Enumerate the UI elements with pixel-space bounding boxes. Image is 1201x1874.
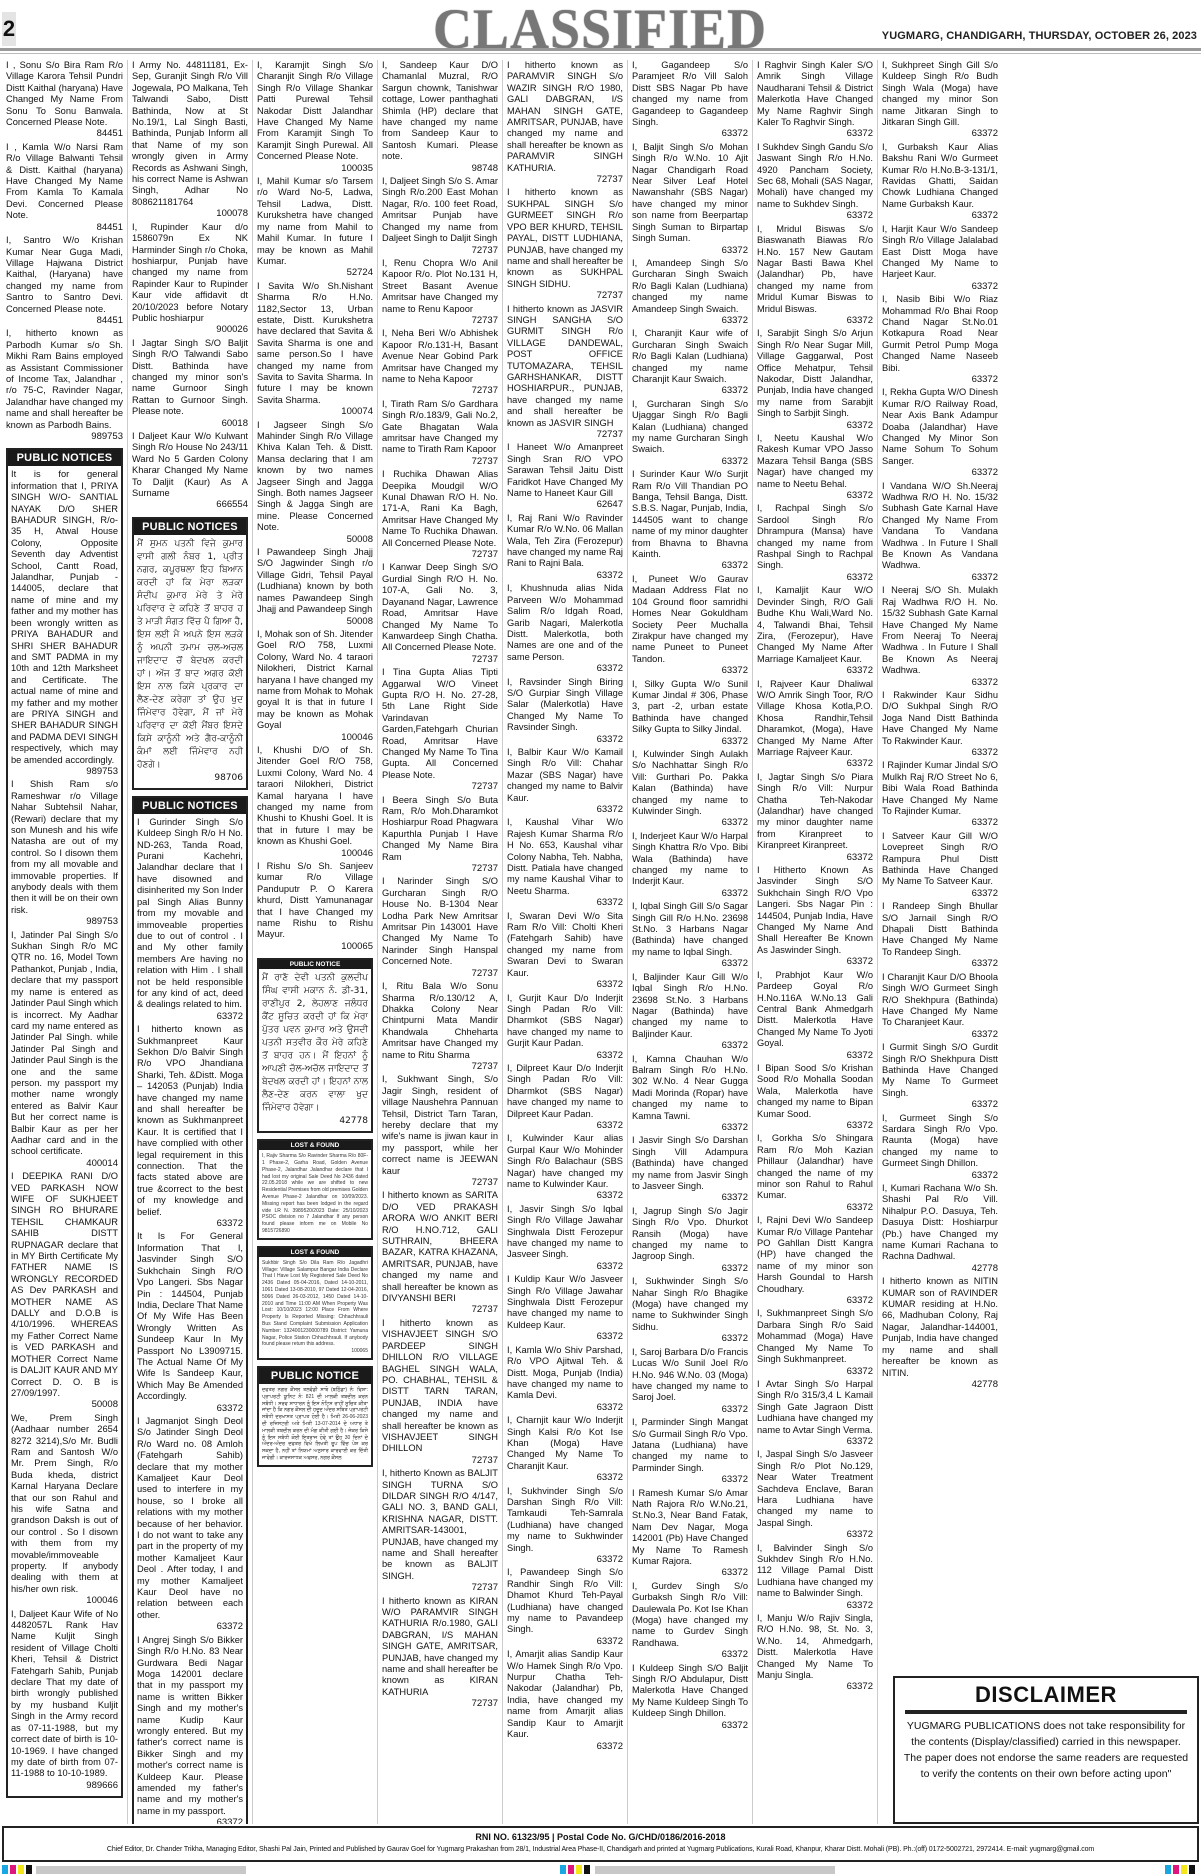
ad-code: 72737 xyxy=(382,456,498,467)
classified-ad: I, Daljeet Kaur Wife of No 4482057L Rank… xyxy=(11,1609,118,1792)
classified-ad: I, Kaushal Vihar W/o Rajesh Kumar Sharma… xyxy=(507,817,623,908)
classified-ad: I Kuldeep Singh S/O Baljit Singh R/O Abd… xyxy=(632,1663,748,1731)
dateline: YUGMARG, CHANDIGARH, THURSDAY, OCTOBER 2… xyxy=(882,30,1197,42)
classified-ad: I Vandana W/O Sh.Neeraj Wadhwa R/O H. No… xyxy=(882,481,998,584)
ad-text: I Rakwinder Kaur Sidhu D/O Sukhpal Singh… xyxy=(882,690,998,746)
ad-text: I Tina Gupta Alias Tipti Aggarwal W/O Vi… xyxy=(382,667,498,780)
classified-ad: I, Saroj Barbara D/o Francis Lucas W/o S… xyxy=(632,1347,748,1415)
ad-code: 63372 xyxy=(757,1120,873,1131)
classified-ad: I, Sandeep Kaur D/O Chamanlal Muzral, R/… xyxy=(382,60,498,174)
classified-ad: I, Baljit Singh S/o Mohan Singh R/o W.No… xyxy=(632,142,748,256)
ad-text: I, Rajni Devi W/o Sandeep Kumar R/o Vill… xyxy=(757,1215,873,1293)
classified-ad: I Tina Gupta Alias Tipti Aggarwal W/O Vi… xyxy=(382,667,498,792)
ad-text: I, Sukhvinder Singh S/o Darshan Singh R/… xyxy=(507,1486,623,1553)
classified-ad: I Gurmit Singh S/O Gurdit Singh R/O Shek… xyxy=(882,1042,998,1110)
ad-text: I, Dilpreet Kaur D/o Inderjit Singh Pada… xyxy=(507,1063,623,1119)
classified-ad: I Rajinder Kumar Jindal S/O Mulkh Raj R/… xyxy=(882,760,998,828)
ad-text: I, Gurdev Singh S/o Gurbaksh Singh R/o V… xyxy=(632,1581,748,1648)
ad-code: 63372 xyxy=(882,572,998,583)
classified-ad: I Army No. 44811181, Ex-Sep, Guranjit Si… xyxy=(132,60,248,220)
ad-text: I, Ravsinder Singh Biring S/O Gurpiar Si… xyxy=(507,677,623,733)
ad-code: 63372 xyxy=(757,315,873,326)
ad-text: I, Kamla W/o Shiv Parshad, R/o VPO Ajitw… xyxy=(507,1345,623,1401)
classified-ad: I Rishu S/o Sh. Sanjeev kumar R/o Villag… xyxy=(257,861,373,952)
classified-ad: I, Neetu Kaushal W/o Rakesh Kumar VPO Ja… xyxy=(757,433,873,501)
classified-ad: I, Gurdev Singh S/o Gurbaksh Singh R/o V… xyxy=(632,1581,748,1661)
ad-text: I Beera Singh S/o Buta Ram, R/o Moh.Dhar… xyxy=(382,795,498,862)
ad-code: 989753 xyxy=(6,431,123,442)
notice-box: PUBLIC NOTICESਮੈਂ ਸੁਮਨ ਪਤਨੀ ਵਿਜੇ ਕੁਮਾਰ ਵ… xyxy=(132,517,248,790)
ad-text: I hitherto known as VISHAVJEET SINGH S/O… xyxy=(382,1318,498,1453)
classified-ad: I, Santro W/o Krishan Kumar Near Guga Ma… xyxy=(6,235,123,326)
ad-code: 100065 xyxy=(262,1348,368,1355)
ad-text: I, Sukhpreet Singh Gill S/o Kuldeep Sing… xyxy=(882,60,998,127)
ad-code: 63372 xyxy=(632,1720,748,1731)
classified-ad: I Narinder Singh S/O Gurcharan Singh R/O… xyxy=(382,876,498,979)
ad-text: I Pawandeep Singh Jhajj S/O Jagwinder Si… xyxy=(257,547,373,614)
ad-text: I, Neetu Kaushal W/o Rakesh Kumar VPO Ja… xyxy=(757,433,873,489)
ad-text: I Raghvir Singh Kaler S/O Amrik Singh Vi… xyxy=(757,60,873,127)
ad-text: I, Rajveer Kaur Dhaliwal W/O Amrik Singh… xyxy=(757,679,873,757)
classified-ad: I Jagtar Singh S/O Baljit Singh R/O Talw… xyxy=(132,338,248,429)
classified-ad: I Surinder Kaur W/o Surjit Ram R/o Vill … xyxy=(632,469,748,572)
ad-code: 100046 xyxy=(257,732,373,743)
ad-code: 100046 xyxy=(11,1595,118,1606)
classified-ad: I, Kumari Rachana W/o Sh. Shashi Pal R/o… xyxy=(882,1183,998,1274)
ad-code: 63372 xyxy=(507,979,623,990)
classified-ad: I, Jaspal Singh S/o Jasveer Singh R/o Pl… xyxy=(757,1449,873,1540)
ad-code: 989753 xyxy=(11,766,118,777)
ad-text: I Gurinder Singh S/o Kuldeep Singh R/o H… xyxy=(137,817,243,1010)
ad-code: 63372 xyxy=(632,456,748,467)
ad-code: 989666 xyxy=(11,1780,118,1791)
ad-code: 63372 xyxy=(507,1554,623,1565)
ad-text: I hitherto known as PARAMVIR SINGH S/o W… xyxy=(507,60,623,173)
column-3: I, Karamjit Singh S/o Charanjit Singh R/… xyxy=(252,60,377,1824)
notice-heading: PUBLIC NOTICES xyxy=(134,798,246,814)
notice-body: It is for general information that I, PR… xyxy=(8,466,121,1796)
ad-code: 63372 xyxy=(757,1366,873,1377)
classified-ad: I, Mahil Kumar s/o Tarsem r/o Ward No-5,… xyxy=(257,176,373,279)
classified-ad: I Pawandeep Singh Jhajj S/O Jagwinder Si… xyxy=(257,547,373,627)
ad-code: 63372 xyxy=(882,1029,998,1040)
ad-text: I, Sandeep Kaur D/O Chamanlal Muzral, R/… xyxy=(382,60,498,161)
classified-ad: It Is For General Information That I, Ja… xyxy=(137,1231,243,1414)
ad-text: I Savita W/o Sh.Nishant Sharma R/o H.No.… xyxy=(257,281,373,405)
column-2: I Army No. 44811181, Ex-Sep, Guranjit Si… xyxy=(127,60,252,1824)
ad-text: I Avtar Singh S/o Harpal Singh R/o 315/3… xyxy=(757,1379,873,1435)
classified-ad: I, Kamna Chauhan W/o Balram Singh R/o H.… xyxy=(632,1054,748,1134)
ad-code: 63372 xyxy=(632,1474,748,1485)
ad-code: 63372 xyxy=(882,281,998,292)
ad-text: I, Amandeep Singh S/o Gurcharan Singh Sw… xyxy=(632,258,748,314)
ad-code: 72737 xyxy=(382,315,498,326)
classified-ad: I, Gurjit Kaur D/o Inderjit Singh Padan … xyxy=(507,993,623,1061)
ad-code: 63372 xyxy=(507,1120,623,1131)
ad-code: 63372 xyxy=(882,747,998,758)
ad-code: 52724 xyxy=(257,267,373,278)
ad-code: 63372 xyxy=(632,1567,748,1578)
ad-code: 63372 xyxy=(757,490,873,501)
classified-ad: I, Sukhvinder Singh S/o Darshan Singh R/… xyxy=(507,1486,623,1566)
classified-ad: I, Sukhwant Singh, S/o Jagir Singh, resi… xyxy=(382,1074,498,1188)
ad-text: I DEEPIKA RANI D/O VED PARKASH NOW WIFE … xyxy=(11,1171,118,1398)
ad-text: I, hitherto Known as BALJIT SINGH TURNA … xyxy=(382,1468,498,1581)
ad-code: 63372 xyxy=(882,888,998,899)
disclaimer-text: YUGMARG PUBLICATIONS does not take respo… xyxy=(895,1714,1197,1786)
masthead: 2 CLASSIFIED YUGMARG, CHANDIGARH, THURSD… xyxy=(0,0,1201,48)
ad-text: I, Rachpal Singh S/o Sardool Singh R/o D… xyxy=(757,503,873,570)
classified-ad: I hitherto known as SUKHPAL SINGH S/o GU… xyxy=(507,187,623,301)
ad-text: I, Kamaljit Kaur W/O Devinder Singh, R/O… xyxy=(757,585,873,663)
classified-ad: I, Sukhwinder Singh S/o Nahar Singh R/o … xyxy=(632,1276,748,1344)
ad-text: I hitherto known as Sukhmanpreet Kaur Se… xyxy=(137,1024,243,1217)
ad-code: 72737 xyxy=(382,385,498,396)
classified-ad: I, Mridul Biswas S/o Biaswanath Biawas R… xyxy=(757,224,873,327)
ad-code: 989753 xyxy=(11,916,118,927)
classified-ad: I, Kamaljit Kaur W/O Devinder Singh, R/O… xyxy=(757,585,873,676)
ad-text: I Rishu S/o Sh. Sanjeev kumar R/o Villag… xyxy=(257,861,373,939)
ad-code: 72737 xyxy=(382,1304,498,1315)
ad-text: I, Tirath Ram S/o Gardhara Singh R/o.183… xyxy=(382,399,498,455)
classified-ad: I Ramesh Kumar S/o Amar Nath Rajora R/o … xyxy=(632,1488,748,1579)
ad-text: I Jagmanjot Singh Deol S/o Jatinder Sing… xyxy=(137,1416,243,1620)
ad-code: 63372 xyxy=(632,1040,748,1051)
ad-code: 63372 xyxy=(757,420,873,431)
classified-ad: I, Gurbaksh Kaur Alias Bakshu Rani W/o G… xyxy=(882,142,998,222)
ad-code: 63372 xyxy=(757,128,873,139)
ad-code: 63372 xyxy=(507,1472,623,1483)
ad-text: I Gurmit Singh S/O Gurdit Singh R/O Shek… xyxy=(882,1042,998,1098)
ad-code: 42778 xyxy=(262,1115,368,1128)
ad-text: I Jagtar Singh S/O Baljit Singh R/O Talw… xyxy=(132,338,248,416)
ad-text: I, Sarabjit Singh S/o Arjun Singh R/o Ne… xyxy=(757,328,873,418)
ad-code: 72737 xyxy=(382,1061,498,1072)
notice-heading: PUBLIC NOTICE xyxy=(259,960,371,969)
ad-code: 63372 xyxy=(632,1404,748,1415)
ad-code: 63372 xyxy=(882,817,998,828)
ad-code: 72737 xyxy=(382,245,498,256)
notice-body: ਮੈਂ ਰਾਣੋ ਦੇਵੀ ਪਤਨੀ ਕੁਲਦੀਪ ਸਿੰਘ ਵਾਸੀ ਮਕਾਨ… xyxy=(259,969,371,1131)
classified-ad: I Jagmanjot Singh Deol S/o Jatinder Sing… xyxy=(137,1416,243,1633)
classified-ad: I, hitherto known as Parbodh Kumar s/o S… xyxy=(6,328,123,442)
notice-heading: LOST & FOUND xyxy=(259,1248,371,1257)
ad-code: 63372 xyxy=(882,677,998,688)
classified-ad: I, Jagrup Singh S/o Jagir Singh R/o Vpo.… xyxy=(632,1206,748,1274)
ad-code: 100035 xyxy=(257,163,373,174)
ad-text: I, Jagrup Singh S/o Jagir Singh R/o Vpo.… xyxy=(632,1206,748,1262)
ad-text: I hitherto known as SUKHPAL SINGH S/o GU… xyxy=(507,187,623,288)
notice-box: PUBLIC NOTICESIt is for general informat… xyxy=(6,448,123,1798)
ad-code: 100074 xyxy=(257,406,373,417)
classified-ad: I, Khushnuda alias Nida Parveen W/o Moha… xyxy=(507,583,623,674)
classified-ad: I, Prabhjot Kaur W/o Pardeep Goyal R/o H… xyxy=(757,970,873,1061)
print-color-registration xyxy=(1165,1865,1197,1874)
ad-code: 98748 xyxy=(382,163,498,174)
ad-text: I, Jagtar Singh S/o Piara Singh R/o Vill… xyxy=(757,772,873,850)
ad-code: 63372 xyxy=(507,570,623,581)
notice-box: PUBLIC NOTICEਦਫਤਰ ਨਗਰ ਕੌਂਸਲ ਤਲਵੰਡੀ ਸਾਬੋ … xyxy=(257,1366,373,1467)
classified-ad: I Beera Singh S/o Buta Ram, R/o Moh.Dhar… xyxy=(382,795,498,875)
classified-ad: I hitherto known as PARAMVIR SINGH S/o W… xyxy=(507,60,623,185)
ad-text: I, Karamjit Singh S/o Charanjit Singh R/… xyxy=(257,60,373,161)
ad-text: I, Rupinder Kaur d/o 1586079n Ex NK Harm… xyxy=(132,222,248,323)
ad-text: I, Santro W/o Krishan Kumar Near Guga Ma… xyxy=(6,235,123,313)
ad-text: I, Raj Rani W/o Ravinder Kumar R/o W.No.… xyxy=(507,513,623,569)
classified-ad: I hitherto known as KIRAN W/O PARAMVIR S… xyxy=(382,1596,498,1710)
classified-ad: I, Amandeep Singh S/o Gurcharan Singh Sw… xyxy=(632,258,748,326)
ad-code: 100078 xyxy=(132,208,248,219)
ad-text: I Bipan Sood S/o Krishan Sood R/o Mohall… xyxy=(757,1063,873,1119)
ad-code: 42778 xyxy=(882,1263,998,1274)
classified-ad: I, Pawandeep Singh S/o Randhir Singh R/o… xyxy=(507,1567,623,1647)
classified-ad: I Jasvir Singh S/o Darshan Singh Vill Ad… xyxy=(632,1135,748,1203)
ad-text: I Jasvir Singh S/o Darshan Singh Vill Ad… xyxy=(632,1135,748,1191)
header-rule xyxy=(0,48,1201,51)
ad-code: 63372 xyxy=(882,374,998,385)
ad-code: 72737 xyxy=(507,429,623,440)
classified-ad: I Hitherto Known As Jasvinder Singh S/O … xyxy=(757,865,873,968)
classified-columns: I , Sonu S/o Bira Ram R/o Village Karora… xyxy=(2,60,1199,1824)
ad-code: 63372 xyxy=(882,467,998,478)
classified-ad: I, Rachpal Singh S/o Sardool Singh R/o D… xyxy=(757,503,873,583)
ad-code: 72737 xyxy=(382,549,498,560)
notice-text: Sukhbir Singh S/o Dila Ram R/o Jagadhri … xyxy=(262,1260,368,1348)
column-1: I , Sonu S/o Bira Ram R/o Village Karora… xyxy=(2,60,127,1824)
ad-code: 63372 xyxy=(757,210,873,221)
classified-ad: I, hitherto Known as BALJIT SINGH TURNA … xyxy=(382,1468,498,1593)
ad-text: I Randeep Singh Bhullar S/O Jarnail Sing… xyxy=(882,901,998,957)
ad-text: I, Kaushal Vihar W/o Rajesh Kumar Sharma… xyxy=(507,817,623,895)
classified-ad: I, Khushi D/O of Sh. Jitender Goel R/O 7… xyxy=(257,745,373,859)
ad-code: 63372 xyxy=(632,315,748,326)
ad-text: I Haneet W/o Amanpreet Singh Sran R/O VP… xyxy=(507,442,623,498)
notice-heading: PUBLIC NOTICES xyxy=(8,450,121,466)
ad-code: 63372 xyxy=(632,888,748,899)
ad-text: I, Charnjit kaur W/o Inderjit Singh Kals… xyxy=(507,1415,623,1471)
notice-heading: PUBLIC NOTICES xyxy=(134,519,246,535)
classified-ad: I Daljeet Kaur W/o Kulwant Singh R/o Hou… xyxy=(132,431,248,511)
classified-ad: I, Inderjeet Kaur W/o Harpal Singh Khatt… xyxy=(632,831,748,899)
ad-code: 60018 xyxy=(132,418,248,429)
ad-text: I, Prabhjot Kaur W/o Pardeep Goyal R/o H… xyxy=(757,970,873,1048)
ad-code: 63372 xyxy=(507,1741,623,1752)
classified-ad: I, Balvinder Singh S/o Sukhdev Singh R/o… xyxy=(757,1543,873,1611)
ad-code: 63372 xyxy=(137,1817,243,1824)
ad-text: We, Prem Singh (Aadhaar number 2654 8272… xyxy=(11,1413,118,1594)
ad-text: I Shish Ram s/o Rameshwar r/o Village Na… xyxy=(11,779,118,914)
ad-code: 63372 xyxy=(632,817,748,828)
ad-text: I Kuldip Kaur W/o Jasveer Singh R/o Vill… xyxy=(507,1274,623,1330)
ad-text: I, Gurjit Kaur D/o Inderjit Singh Padan … xyxy=(507,993,623,1049)
ad-code: 63372 xyxy=(757,1295,873,1306)
ad-code: 72737 xyxy=(382,863,498,874)
classified-ad: I Neeraj S/O Sh. Mulakh Raj Wadhwa R/O H… xyxy=(882,585,998,688)
classified-ad: I, Renu Chopra W/o Anil Kapoor R/o. Plot… xyxy=(382,258,498,326)
ad-code: 63372 xyxy=(632,560,748,571)
ad-text: I, Rekha Gupta W/O Dinesh Kumar R/O Rail… xyxy=(882,387,998,465)
notice-body: ਮੈਂ ਸੁਮਨ ਪਤਨੀ ਵਿਜੇ ਕੁਮਾਰ ਵਾਸੀ ਗਲੀ ਨੰਬਰ 1… xyxy=(134,535,246,788)
ad-text: I Army No. 44811181, Ex-Sep, Guranjit Si… xyxy=(132,60,248,207)
ad-code: 63372 xyxy=(882,1170,998,1181)
ad-text: I , Kamla W/o Narsi Ram R/o Village Balw… xyxy=(6,142,123,220)
ad-code: 98706 xyxy=(137,772,243,785)
classified-ad: I Kuldip Kaur W/o Jasveer Singh R/o Vill… xyxy=(507,1274,623,1342)
ad-text: I, Balvinder Singh S/o Sukhdev Singh R/o… xyxy=(757,1543,873,1599)
ad-text: I, Daljeet Kaur Wife of No 4482057L Rank… xyxy=(11,1609,118,1779)
ad-text: I, Kulwinder Singh Aulakh S/o Nachhattar… xyxy=(632,749,748,816)
ad-text: I, Harjit Kaur W/o Sandeep Singh R/o Vil… xyxy=(882,224,998,280)
ad-code: 63372 xyxy=(757,956,873,967)
classified-ad: I Shish Ram s/o Rameshwar r/o Village Na… xyxy=(11,779,118,927)
notice-box: LOST & FOUNDSukhbir Singh S/o Dila Ram R… xyxy=(257,1246,373,1360)
ad-code: 100065 xyxy=(257,941,373,952)
classified-ad: I, Sukhmanpreet Singh S/o Darbara Singh … xyxy=(757,1308,873,1376)
ad-text: I, Sukhwant Singh, S/o Jagir Singh, resi… xyxy=(382,1074,498,1175)
ad-text: I, hitherto known as Parbodh Kumar s/o S… xyxy=(6,328,123,429)
classified-ad: I hitherto known as Sukhmanpreet Kaur Se… xyxy=(137,1024,243,1229)
page-number: 2 xyxy=(2,12,16,46)
ad-code: 63372 xyxy=(137,1621,243,1632)
ad-code: 72737 xyxy=(382,1698,498,1709)
ad-text: I Rajinder Kumar Jindal S/O Mulkh Raj R/… xyxy=(882,760,998,816)
classified-ad: I, Charanjit Kaur wife of Gurcharan Sing… xyxy=(632,328,748,396)
ad-code: 63372 xyxy=(757,1600,873,1611)
classified-ad: I, Rajni Devi W/o Sandeep Kumar R/o Vill… xyxy=(757,1215,873,1306)
ad-code: 72737 xyxy=(382,1455,498,1466)
ad-code: 50008 xyxy=(257,616,373,627)
ad-code: 72737 xyxy=(382,781,498,792)
ad-code: 400014 xyxy=(11,1158,118,1169)
ad-code: 63372 xyxy=(632,385,748,396)
ad-code: 63372 xyxy=(882,210,998,221)
classified-ad: I, Ritu Bala W/o Sonu Sharma R/o.130/12 … xyxy=(382,981,498,1072)
ad-text: I, Swaran Devi W/o Sita Ram R/o Vill: Ch… xyxy=(507,911,623,978)
ad-code: 50008 xyxy=(257,534,373,545)
ad-code: 63372 xyxy=(507,734,623,745)
classified-ad: I, Silky Gupta W/o Sunil Kumar Jindal # … xyxy=(632,679,748,747)
classified-ad: I, Jasvir Singh S/o Iqbal Singh R/o Vill… xyxy=(507,1204,623,1272)
ad-text: I, Jasvir Singh S/o Iqbal Singh R/o Vill… xyxy=(507,1204,623,1260)
ad-text: I, Kulwinder Kaur alias Gurpal Kaur W/o … xyxy=(507,1133,623,1189)
classified-ad: I, Manju W/o Rajiv Singla, R/O H.No. 98,… xyxy=(757,1613,873,1693)
ad-code: 63372 xyxy=(507,663,623,674)
ad-text: I, Gurcharan Singh S/o Ujaggar Singh R/o… xyxy=(632,399,748,455)
notice-body: I, Rajiv Sharma S/o Ravinder Sharma R/o … xyxy=(259,1150,371,1238)
notice-box: PUBLIC NOTICESI Gurinder Singh S/o Kulde… xyxy=(132,796,248,1824)
ad-text: I Narinder Singh S/O Gurcharan Singh R/O… xyxy=(382,876,498,966)
classified-ad: I, Swaran Devi W/o Sita Ram R/o Vill: Ch… xyxy=(507,911,623,991)
ad-code: 72737 xyxy=(382,1582,498,1593)
notice-body: Sukhbir Singh S/o Dila Ram R/o Jagadhri … xyxy=(259,1257,371,1358)
ad-code: 72737 xyxy=(382,1177,498,1188)
ad-code: 63372 xyxy=(507,1636,623,1647)
column-8: I, Sukhpreet Singh Gill S/o Kuldeep Sing… xyxy=(877,60,1002,1824)
classified-ad: I, Rajveer Kaur Dhaliwal W/O Amrik Singh… xyxy=(757,679,873,770)
rni-line: RNI NO. 61323/95 | Postal Code No. G/CHD… xyxy=(4,1832,1197,1842)
ad-code: 63372 xyxy=(507,897,623,908)
ad-code: 63372 xyxy=(632,1333,748,1344)
classified-ad: I, Neha Beri W/o Abhishek Kapoor R/o.131… xyxy=(382,328,498,396)
classified-ad: I, Charnjit kaur W/o Inderjit Singh Kals… xyxy=(507,1415,623,1483)
ad-code: 900026 xyxy=(132,324,248,335)
classified-ad: I, Tirath Ram S/o Gardhara Singh R/o.183… xyxy=(382,399,498,467)
ad-text: It Is For General Information That I, Ja… xyxy=(137,1231,243,1401)
ad-text: I Charanjit Kaur D/O Bhoola Singh W/O Gu… xyxy=(882,972,998,1028)
ad-text: I Kuldeep Singh S/O Baljit Singh R/O Abd… xyxy=(632,1663,748,1719)
classified-ad: I, Rekha Gupta W/O Dinesh Kumar R/O Rail… xyxy=(882,387,998,478)
ad-text: I, Jatinder Pal Singh S/o Sukhan Singh R… xyxy=(11,930,118,1157)
classified-ad: I, Gurmeet Singh S/o Sardara Singh R/o V… xyxy=(882,1113,998,1181)
ad-text: I, Mridul Biswas S/o Biaswanath Biawas R… xyxy=(757,224,873,314)
classified-ad: I, Mohak son of Sh. Jitender Goel R/O 75… xyxy=(257,629,373,743)
ad-code: 63372 xyxy=(757,665,873,676)
ad-text: I, Inderjeet Kaur W/o Harpal Singh Khatt… xyxy=(632,831,748,887)
classified-ad: I, Parminder Singh Mangat S/o Gurmail Si… xyxy=(632,1417,748,1485)
column-4: I, Sandeep Kaur D/O Chamanlal Muzral, R/… xyxy=(377,60,502,1824)
notice-heading: LOST & FOUND xyxy=(259,1141,371,1150)
ad-code: 63372 xyxy=(632,245,748,256)
ad-text: I, Khushnuda alias Nida Parveen W/o Moha… xyxy=(507,583,623,661)
ad-code: 63372 xyxy=(507,1402,623,1413)
ad-text: I Ramesh Kumar S/o Amar Nath Rajora R/o … xyxy=(632,1488,748,1566)
classified-ad: I Ruchika Dhawan Alias Deepika Moudgil W… xyxy=(382,469,498,560)
ad-text: I, Puneet W/o Gaurav Madaan Address Flat… xyxy=(632,574,748,664)
classified-ad: I Haneet W/o Amanpreet Singh Sran R/O VP… xyxy=(507,442,623,510)
ad-code: 42778 xyxy=(882,1379,998,1390)
classified-ad: I Savita W/o Sh.Nishant Sharma R/o H.No.… xyxy=(257,281,373,418)
ad-text: I, Mohak son of Sh. Jitender Goel R/O 75… xyxy=(257,629,373,730)
classified-ad: I, Ravsinder Singh Biring S/O Gurpiar Si… xyxy=(507,677,623,745)
ad-text: I, Kamna Chauhan W/o Balram Singh R/o H.… xyxy=(632,1054,748,1121)
ad-code: 63372 xyxy=(882,128,998,139)
classified-ad: I, Daljeet Singh S/o S. Amar Singh R/o.2… xyxy=(382,176,498,256)
notice-text: ਮੈਂ ਰਾਣੋ ਦੇਵੀ ਪਤਨੀ ਕੁਲਦੀਪ ਸਿੰਘ ਵਾਸੀ ਮਕਾਨ… xyxy=(262,972,368,1115)
imprint-line: Chief Editor, Dr. Chander Trikha, Managi… xyxy=(4,1846,1197,1853)
classified-ad: I hitherto known as NITIN KUMAR son of R… xyxy=(882,1276,998,1390)
notice-text: ਦਫਤਰ ਨਗਰ ਕੌਂਸਲ ਤਲਵੰਡੀ ਸਾਬੋ (ਬਠਿੰਡਾ) ਨੰ: … xyxy=(262,1387,368,1462)
ad-text: I, Daljeet Singh S/o S. Amar Singh R/o.2… xyxy=(382,176,498,243)
ad-text: I, Balbir Kaur W/o Kamail Singh R/o Vill… xyxy=(507,747,623,803)
classified-ad: I, Kulwinder Singh Aulakh S/o Nachhattar… xyxy=(632,749,748,829)
ad-text: I , Sonu S/o Bira Ram R/o Village Karora… xyxy=(6,60,123,127)
ad-code: 63372 xyxy=(632,128,748,139)
print-color-registration xyxy=(2,1865,34,1874)
ad-text: I Daljeet Kaur W/o Kulwant Singh R/o Hou… xyxy=(132,431,248,498)
classified-ad: I, Sukhpreet Singh Gill S/o Kuldeep Sing… xyxy=(882,60,998,140)
ad-text: I hitherto known as JASVIR SINGH SANGHA … xyxy=(507,304,623,428)
classified-ad: I, Rupinder Kaur d/o 1586079n Ex NK Harm… xyxy=(132,222,248,336)
ad-text: I Kanwar Deep Singh S/O Gurdial Singh R/… xyxy=(382,562,498,652)
ad-code: 63372 xyxy=(632,736,748,747)
ad-code: 84451 xyxy=(6,128,123,139)
classified-ad: I, Puneet W/o Gaurav Madaan Address Flat… xyxy=(632,574,748,677)
ad-text: I, Jaspal Singh S/o Jasveer Singh R/o Pl… xyxy=(757,1449,873,1527)
ad-code: 63372 xyxy=(757,1681,873,1692)
ad-code: 63372 xyxy=(757,572,873,583)
ad-text: I, Baljinder Kaur Gill W/o Iqbal Singh R… xyxy=(632,972,748,1039)
classified-ad: I, Raj Rani W/o Ravinder Kumar R/o W.No.… xyxy=(507,513,623,581)
ad-text: I, Saroj Barbara D/o Francis Lucas W/o S… xyxy=(632,1347,748,1403)
ad-code: 63372 xyxy=(632,665,748,676)
header-rule-thin xyxy=(0,53,1201,54)
ad-text: I Jagseer Singh S/o Mahinder Singh R/o V… xyxy=(257,420,373,533)
classified-ad: I Sukhdev Singh Gandu S/o Jaswant Singh … xyxy=(757,142,873,222)
ad-text: I hitherto known as KIRAN W/O PARAMVIR S… xyxy=(382,1596,498,1697)
classified-ad: I, Sarabjit Singh S/o Arjun Singh R/o Ne… xyxy=(757,328,873,431)
ad-code: 62647 xyxy=(507,499,623,510)
ad-text: I Ruchika Dhawan Alias Deepika Moudgil W… xyxy=(382,469,498,547)
